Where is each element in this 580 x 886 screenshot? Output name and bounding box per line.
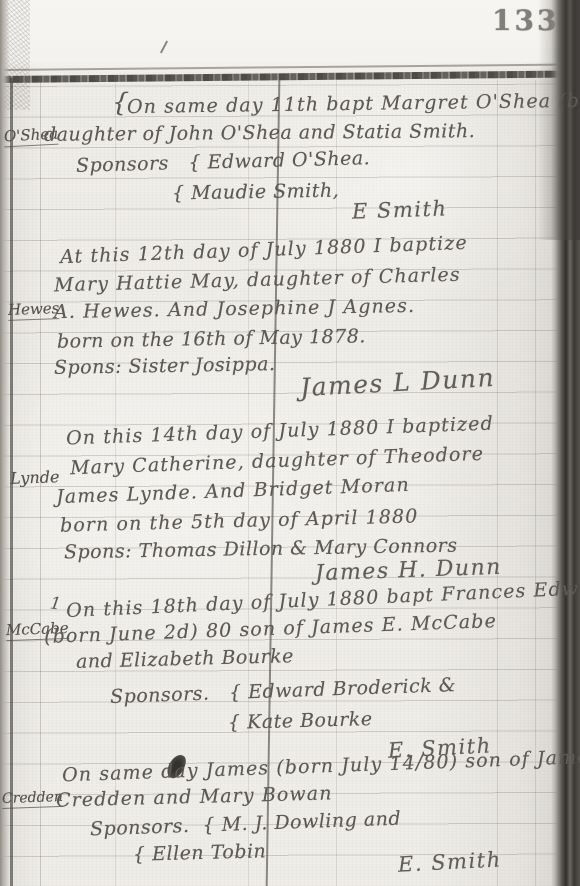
margin-surname: Credden [2, 789, 64, 809]
ledger-page: 133 O'Shea { On same day 11th bapt Margr… [0, 0, 580, 886]
entry-line: { Maudie Smith, [172, 180, 340, 205]
priest-signature: E Smith [352, 196, 448, 223]
margin-surname: Hewes [8, 299, 60, 321]
entry-line: { Ellen Tobin [133, 840, 267, 865]
page-number: 133 [492, 4, 559, 37]
entry-line: Spons: Sister Josippa. [54, 353, 276, 379]
entry-line: daughter of John O'Shea and Statia Smith… [44, 120, 475, 146]
margin-surname: Lynde [10, 467, 60, 488]
entry-line: { Kate Bourke [228, 708, 373, 734]
